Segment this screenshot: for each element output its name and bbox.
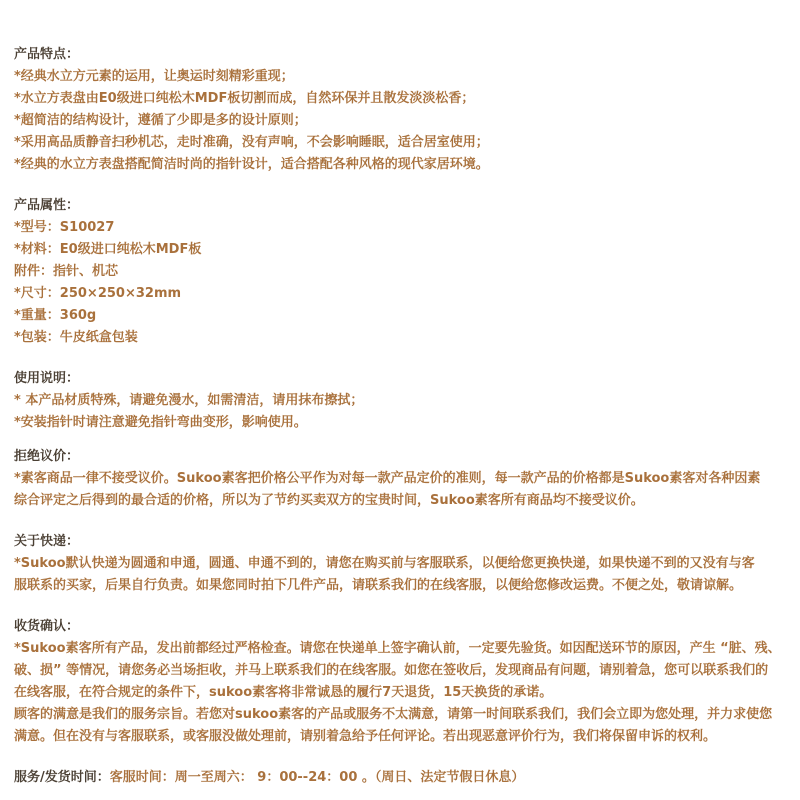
- attributes-heading: 产品属性：: [14, 195, 788, 217]
- section-shipping-info: 关于快递： *Sukoo默认快递为圆通和申通，圆通、申通不到的，请您在购买前与客…: [14, 531, 788, 597]
- feature-line: *超简洁的结构设计，遵循了少即是多的设计原则；: [14, 110, 788, 132]
- attribute-model: *型号：S10027: [14, 217, 788, 239]
- no-bargaining-line: 综合评定之后得到的最合适的价格，所以为了节约买卖双方的宝贵时间，Sukoo素客所…: [14, 490, 788, 512]
- receipt-line: 在线客服，在符合规定的条件下，sukoo素客将非常诚恳的履行7天退货，15天换货…: [14, 682, 788, 704]
- attribute-size: *尺寸：250×250×32mm: [14, 283, 788, 305]
- usage-line: * 本产品材质特殊，请避免漫水，如需清洁，请用抹布擦拭；: [14, 390, 788, 412]
- section-no-bargaining: 拒绝议价： *素客商品一律不接受议价。Sukoo素客把价格公平作为对每一款产品定…: [14, 446, 788, 512]
- features-heading: 产品特点：: [14, 44, 788, 66]
- service-hours-row: 服务/发货时间：客服时间：周一至周六： 9：00--24：00 。（周日、法定节…: [14, 767, 788, 789]
- shipping-line: *Sukoo默认快递为圆通和申通，圆通、申通不到的，请您在购买前与客服联系，以便…: [14, 553, 788, 575]
- feature-line: *经典水立方元素的运用，让奥运时刻精彩重现；: [14, 66, 788, 88]
- no-bargaining-line: *素客商品一律不接受议价。Sukoo素客把价格公平作为对每一款产品定价的准则，每…: [14, 468, 788, 490]
- service-hours-value: 客服时间：周一至周六： 9：00--24：00 。（周日、法定节假日休息）: [110, 770, 525, 785]
- feature-line: *采用高品质静音扫秒机芯，走时准确，没有声响，不会影响睡眠，适合居室使用；: [14, 132, 788, 154]
- no-bargaining-heading: 拒绝议价：: [14, 446, 788, 468]
- usage-heading: 使用说明：: [14, 368, 788, 390]
- receipt-line: 破、损” 等情况，请您务必当场拒收，并马上联系我们的在线客服。如您在签收后，发现…: [14, 660, 788, 682]
- usage-line: *安装指针时请注意避免指针弯曲变形，影响使用。: [14, 412, 788, 434]
- section-usage-instructions: 使用说明： * 本产品材质特殊，请避免漫水，如需清洁，请用抹布擦拭； *安装指针…: [14, 368, 788, 434]
- attribute-weight: *重量：360g: [14, 305, 788, 327]
- section-product-features: 产品特点： *经典水立方元素的运用，让奥运时刻精彩重现； *水立方表盘由E0级进…: [14, 44, 788, 176]
- receipt-line: 顾客的满意是我们的服务宗旨。若您对sukoo素客的产品或服务不太满意，请第一时间…: [14, 704, 788, 726]
- feature-line: *水立方表盘由E0级进口纯松木MDF板切割而成，自然环保并且散发淡淡松香；: [14, 88, 788, 110]
- section-product-attributes: 产品属性： *型号：S10027 *材料：E0级进口纯松木MDF板 附件：指针、…: [14, 195, 788, 349]
- attribute-accessories: 附件：指针、机芯: [14, 261, 788, 283]
- section-receipt-confirmation: 收货确认： *Sukoo素客所有产品，发出前都经过严格检查。请您在快递单上签字确…: [14, 616, 788, 748]
- receipt-line: 满意。但在没有与客服联系，或客服没做处理前，请别着急给予任何评论。若出现恶意评价…: [14, 726, 788, 748]
- service-hours-label: 服务/发货时间：: [14, 770, 110, 785]
- receipt-heading: 收货确认：: [14, 616, 788, 638]
- product-description-page: 产品特点： *经典水立方元素的运用，让奥运时刻精彩重现； *水立方表盘由E0级进…: [0, 0, 800, 800]
- attribute-packaging: *包装：牛皮纸盒包装: [14, 327, 788, 349]
- feature-line: *经典的水立方表盘搭配简洁时尚的指针设计，适合搭配各种风格的现代家居环境。: [14, 154, 788, 176]
- receipt-line: *Sukoo素客所有产品，发出前都经过严格检查。请您在快递单上签字确认前，一定要…: [14, 638, 788, 660]
- shipping-heading: 关于快递：: [14, 531, 788, 553]
- attribute-material: *材料：E0级进口纯松木MDF板: [14, 239, 788, 261]
- shipping-line: 服联系的买家，后果自行负责。如果您同时拍下几件产品，请联系我们的在线客服，以便给…: [14, 575, 788, 597]
